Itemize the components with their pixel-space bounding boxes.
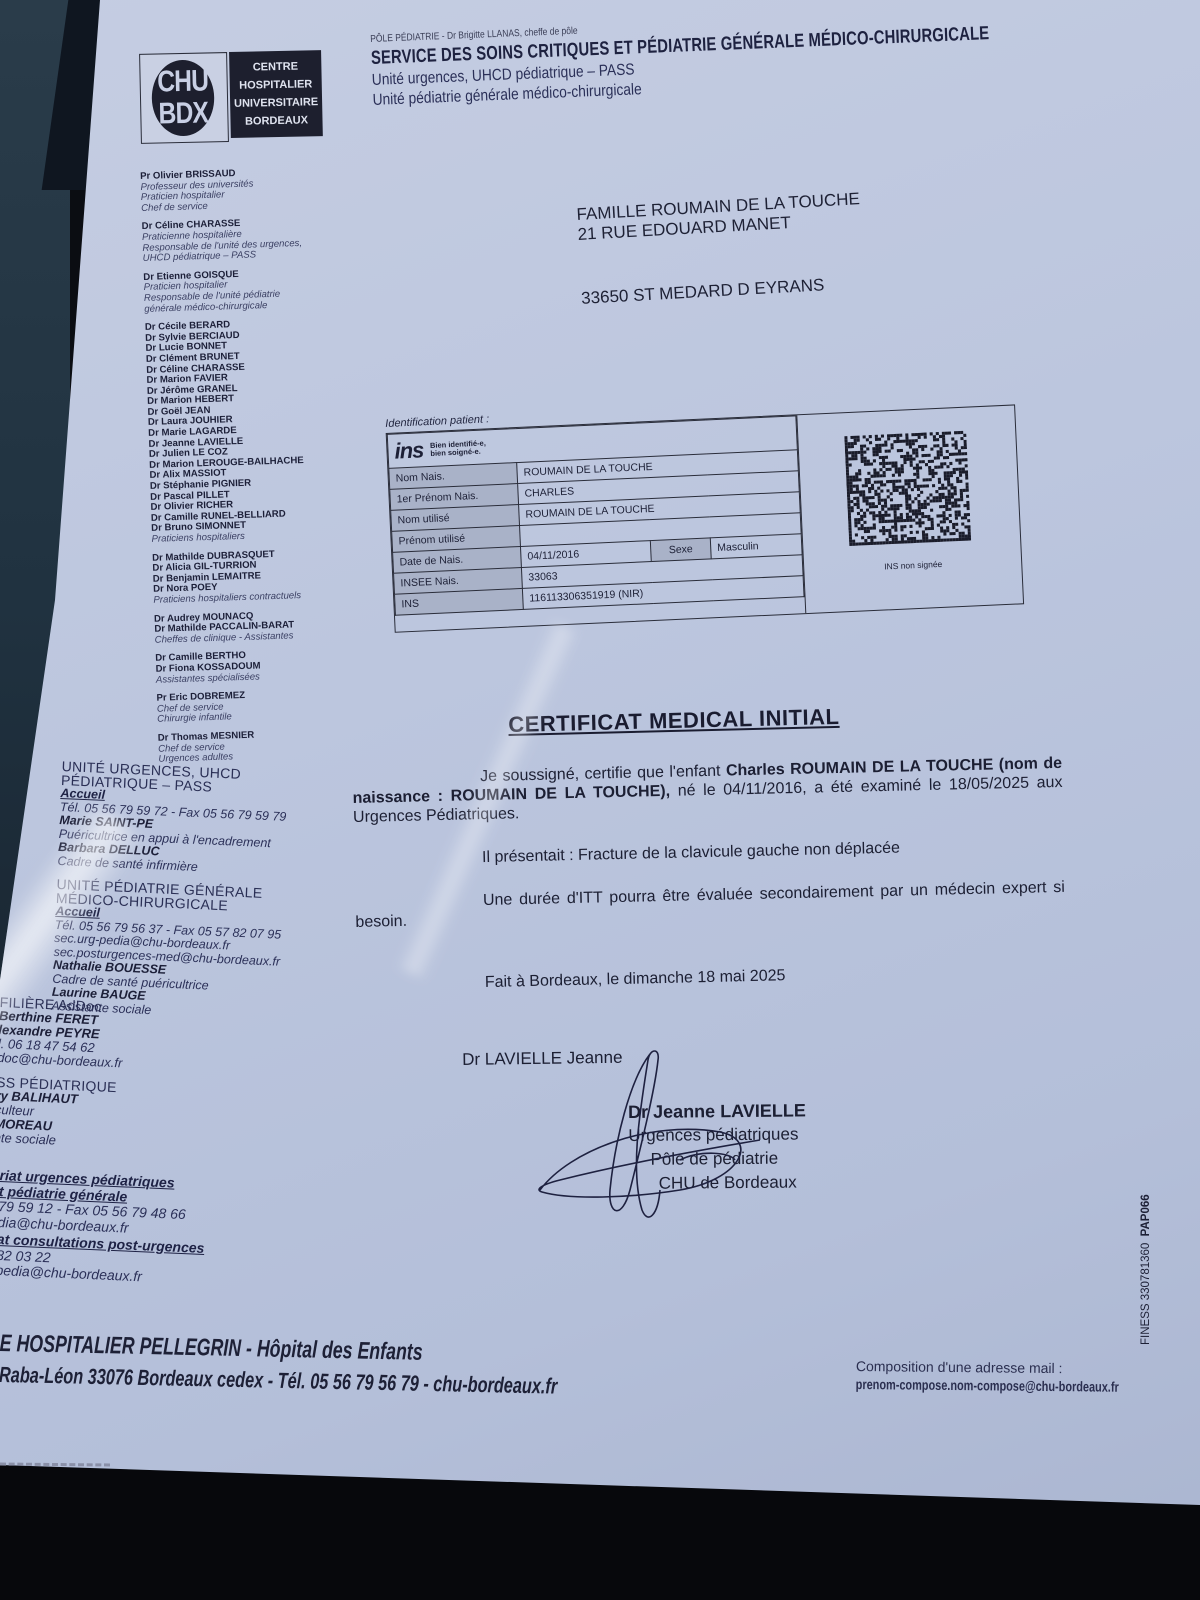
field-label: INS: [395, 588, 524, 615]
staff-group-urgences_adultes: Dr Thomas MESNIERChef de serviceUrgences…: [158, 726, 399, 765]
certificate-title: CERTIFICAT MEDICAL INITIAL: [508, 704, 840, 738]
staff-group-chirurgie: Pr Eric DOBREMEZChef de serviceChirurgie…: [156, 686, 397, 725]
ins-tagline: Bien identifié-e, bien soigné-e.: [430, 439, 487, 458]
addoc-group: FILIÈRE AdDocBerthine FERETlexandre PEYR…: [0, 995, 260, 1076]
ins-logo: ins: [394, 437, 424, 464]
mail-composition: Composition d'une adresse mail : prenom-…: [856, 1358, 1194, 1396]
certificate-body: Je soussigné, certifie que l'enfant Char…: [352, 754, 1067, 995]
chu-bordeaux-logo: CHU BDX CENTRE HOSPITALIER UNIVERSITAIRE…: [139, 50, 321, 144]
datamatrix-code-icon: [844, 430, 971, 547]
unit-contacts: UNITÉ URGENCES, UHCDPÉDIATRIQUE – PASSAc…: [51, 760, 352, 1035]
document-page: CHU BDX CENTRE HOSPITALIER UNIVERSITAIRE…: [0, 0, 1200, 1600]
finess-code: FINESS 330781360 PAP066: [1140, 1194, 1152, 1345]
secretariat-contacts: riat urgences pédiatriquest pédiatrie gé…: [0, 1168, 260, 1290]
staff-group: Pr Olivier BRISSAUDProfesseur des univer…: [140, 164, 381, 214]
letterhead: PÔLE PÉDIATRIE - Dr Brigitte LLANAS, che…: [370, 2, 1166, 110]
staff-group-assistantes: Dr Camille BERTHODr Fiona KOSSADOUMAssis…: [155, 647, 396, 686]
recipient-city: 33650 ST MEDARD D EYRANS: [581, 273, 865, 309]
pass-group: SS PÉDIATRIQUEry BALIHAUTculteurMOREAUnt…: [0, 1075, 256, 1156]
unit-contact: UNITÉ URGENCES, UHCDPÉDIATRIQUE – PASSAc…: [57, 760, 351, 881]
staff-group-contractuels: Dr Mathilde DUBRASQUETDr Alicia GIL-TURR…: [152, 546, 394, 606]
logo-wordmark: CENTRE HOSPITALIER UNIVERSITAIRE BORDEAU…: [229, 50, 323, 138]
staff-group-cheffes: Dr Audrey MOUNACQDr Mathilde PACCALIN-BA…: [154, 607, 395, 646]
staff-group: Dr Céline CHARASSEPraticienne hospitaliè…: [142, 215, 383, 265]
qr-label: INS non signée: [804, 555, 1022, 575]
hospital-footer: E HOSPITALIER PELLEGRIN - Hôpital des En…: [0, 1330, 754, 1404]
addoc-pass-contacts: FILIÈRE AdDocBerthine FERETlexandre PEYR…: [0, 995, 260, 1166]
mail-pattern: prenom-compose.nom-compose@chu-bordeaux.…: [856, 1376, 1119, 1395]
sex-label: Sexe: [650, 538, 711, 562]
staff-sidebar: Pr Olivier BRISSAUDProfesseur des univer…: [140, 164, 399, 773]
staff-group: Dr Etienne GOISQUEPraticien hospitalierR…: [143, 265, 384, 315]
staff-group-praticiens: Dr Cécile BERARDDr Sylvie BERCIAUDDr Luc…: [145, 316, 392, 546]
chu-monogram: CHU BDX: [151, 59, 215, 136]
recipient-address: FAMILLE ROUMAIN DE LA TOUCHE 21 RUE EDOU…: [576, 189, 865, 309]
patient-id-table: ins Bien identifié-e, bien soigné-e. Nom…: [387, 415, 805, 615]
handwritten-signature-icon: [530, 1040, 760, 1230]
qr-area: INS non signée: [796, 405, 1023, 613]
patient-identification: Identification patient : ins Bien identi…: [385, 389, 1034, 633]
